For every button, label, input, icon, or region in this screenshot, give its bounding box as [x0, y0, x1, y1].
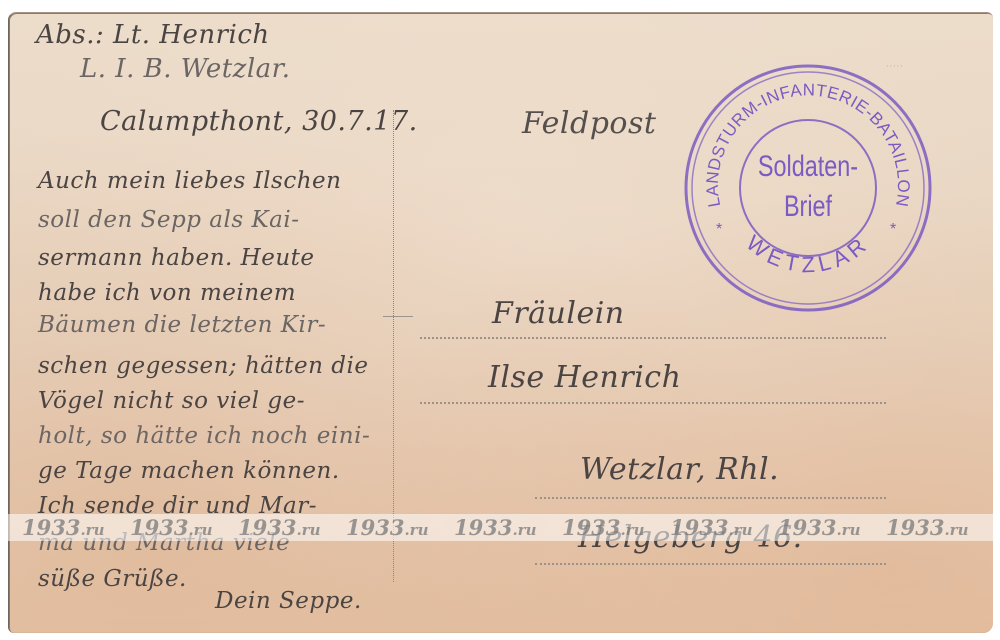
svg-text:WETZLAR: WETZLAR	[742, 230, 875, 277]
message-line: Auch mein liebes Ilschen	[38, 168, 341, 194]
watermark-text: 1933.ru	[670, 515, 752, 540]
watermark-text: 1933.ru	[778, 515, 860, 540]
message-line: schen gegessen; hätten die	[38, 353, 368, 379]
divider-tick	[383, 316, 413, 317]
sender-name: Abs.: Lt. Henrich	[36, 20, 270, 50]
message-line: ge Tage machen können.	[38, 458, 340, 484]
sender-unit: L. I. B. Wetzlar.	[80, 54, 291, 84]
watermark-text: 1933.ru	[886, 515, 968, 540]
message-line: holt, so hätte ich noch eini-	[38, 423, 370, 449]
address-line-2	[420, 402, 886, 404]
watermark-text: 1933.ru	[346, 515, 428, 540]
message-line: habe ich von meinem	[38, 280, 296, 306]
battalion-stamp: LANDSTURM-INFANTERIE-BATAILLON WETZLAR *…	[682, 62, 934, 314]
message-line: sermann haben. Heute	[38, 245, 315, 271]
message-line: Bäumen die letzten Kir-	[38, 312, 326, 338]
watermark-text: 1933.ru	[238, 515, 320, 540]
address-line-4	[535, 563, 886, 565]
feldpost-mark: Feldpost	[522, 106, 656, 141]
watermark-text: 1933.ru	[22, 515, 104, 540]
card-divider	[393, 110, 394, 582]
address-line-3	[535, 497, 886, 499]
faint-mark: ·····	[886, 62, 904, 71]
signature: Dein Seppe.	[215, 588, 362, 614]
recipient-city: Wetzlar, Rhl.	[580, 452, 779, 487]
watermark-text: 1933.ru	[454, 515, 536, 540]
watermark-band: 1933.ru1933.ru1933.ru1933.ru1933.ru1933.…	[0, 514, 1000, 541]
recipient-name: Ilse Henrich	[488, 360, 681, 395]
recipient-title: Fräulein	[492, 296, 625, 331]
dateline: Calumpthont, 30.7.17.	[100, 106, 418, 137]
watermark-text: 1933.ru	[130, 515, 212, 540]
message-line: Vögel nicht so viel ge-	[38, 388, 305, 414]
message-line: soll den Sepp als Kai-	[38, 207, 299, 233]
stamp-center-line2: Brief	[710, 190, 907, 224]
stamp-rings: LANDSTURM-INFANTERIE-BATAILLON WETZLAR *…	[682, 62, 934, 314]
address-line-1	[420, 337, 886, 339]
stamp-center-line1: Soldaten-	[710, 150, 907, 184]
watermark-text: 1933.ru	[562, 515, 644, 540]
message-line: süße Grüße.	[38, 566, 187, 592]
